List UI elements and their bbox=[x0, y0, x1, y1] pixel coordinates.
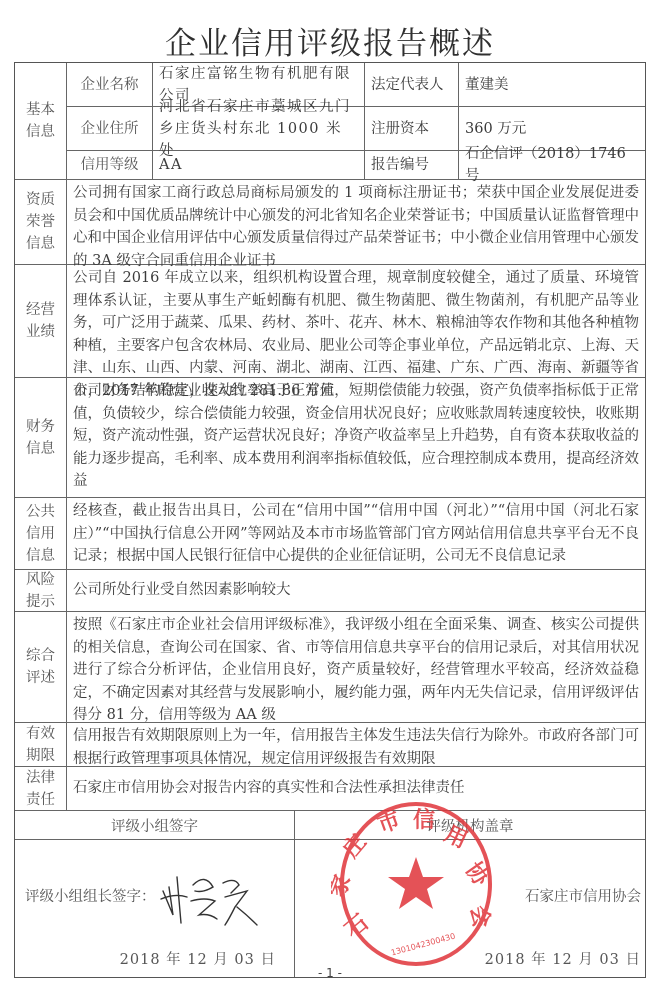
section-label: 综合评述 bbox=[15, 612, 67, 722]
basic-info-section: 基本信息 企业名称 石家庄富铭生物有机肥有限公司 法定代表人 董建美 企业住所 … bbox=[15, 63, 645, 180]
basic-info-grid: 企业名称 石家庄富铭生物有机肥有限公司 法定代表人 董建美 企业住所 河北省石家… bbox=[67, 63, 645, 179]
section-legal-liability: 法律责任 石家庄市信用协会对报告内容的真实性和合法性承担法律责任 bbox=[15, 767, 645, 811]
official-seal-icon: 石 家 庄 市 信 用 协 会 1301042300430 bbox=[331, 799, 501, 969]
legal-representative-value: 董建美 bbox=[459, 63, 645, 106]
section-label: 资质荣誉信息 bbox=[15, 180, 67, 264]
field-label: 法定代表人 bbox=[365, 63, 459, 106]
svg-text:家: 家 bbox=[331, 871, 356, 901]
credit-grade-value: AA bbox=[153, 151, 365, 179]
section-text: 信用报告有效期限原则上为一年，信用报告主体发生违法失信行为除外。市政府各部门可根… bbox=[67, 723, 645, 766]
section-label-basic-info: 基本信息 bbox=[15, 63, 67, 179]
label-line: 基本 bbox=[26, 102, 55, 118]
page-title: 企业信用评级报告概述 bbox=[0, 18, 660, 63]
svg-text:庄: 庄 bbox=[338, 829, 372, 863]
rating-team-signature: 评级小组签字 评级小组组长签字： 2018 年 12 月 03 日 bbox=[15, 811, 295, 977]
field-label: 企业名称 bbox=[67, 63, 153, 106]
section-text: 按照《石家庄市企业社会信用评级标准》，我评级小组在全面采集、调查、核实公司提供的… bbox=[67, 612, 645, 722]
signature-section: 评级小组签字 评级小组组长签字： 2018 年 12 月 03 日 评级机构盖章… bbox=[15, 811, 645, 977]
section-text: 公司所处行业受自然因素影响较大 bbox=[67, 570, 645, 611]
rating-team-signature-header: 评级小组签字 bbox=[15, 811, 294, 840]
section-label: 公共信用信息 bbox=[15, 498, 67, 569]
section-label: 财务信息 bbox=[15, 378, 67, 497]
section-text: 经核查，截止报告出具日，公司在“信用中国”“信用中国（河北）”“信用中国（河北石… bbox=[67, 498, 645, 569]
section-overall-assessment: 综合评述 按照《石家庄市企业社会信用评级标准》，我评级小组在全面采集、调查、核实… bbox=[15, 612, 645, 723]
field-label: 信用等级 bbox=[67, 151, 153, 179]
rating-agency-seal: 评级机构盖章 石家庄市信用协会 2018 年 12 月 03 日 石 家 庄 市… bbox=[295, 811, 645, 977]
section-validity-period: 有效期限 信用报告有效期限原则上为一年，信用报告主体发生违法失信行为除外。市政府… bbox=[15, 723, 645, 767]
label-line: 信息 bbox=[26, 124, 55, 140]
report-number-value: 石企信评（2018）1746 号 bbox=[459, 151, 645, 179]
section-label: 经营业绩 bbox=[15, 265, 67, 377]
svg-text:1301042300430: 1301042300430 bbox=[390, 932, 456, 958]
report-table: 基本信息 企业名称 石家庄富铭生物有机肥有限公司 法定代表人 董建美 企业住所 … bbox=[14, 62, 646, 978]
svg-text:信: 信 bbox=[413, 807, 435, 833]
section-text: 公司自 2016 年成立以来，组织机构设置合理，规章制度较健全，通过了质量、环境… bbox=[67, 265, 645, 377]
svg-text:会: 会 bbox=[465, 904, 494, 930]
field-label: 注册资本 bbox=[365, 107, 459, 150]
section-business-performance: 经营业绩 公司自 2016 年成立以来，组织机构设置合理，规章制度较健全，通过了… bbox=[15, 265, 645, 378]
section-public-credit-info: 公共信用信息 经核查，截止报告出具日，公司在“信用中国”“信用中国（河北）”“信… bbox=[15, 498, 645, 570]
field-label: 报告编号 bbox=[365, 151, 459, 179]
section-qualifications: 资质荣誉信息 公司拥有国家工商行政总局商标局颁发的 1 项商标注册证书；荣获中国… bbox=[15, 180, 645, 265]
section-financial-info: 财务信息 公司财务结构稳定，速动比率高于正常值，短期偿债能力较强，资产负债率指标… bbox=[15, 378, 645, 498]
page-number: - 1 - bbox=[0, 966, 660, 980]
basic-row-credit-grade: 信用等级 AA 报告编号 石企信评（2018）1746 号 bbox=[67, 151, 645, 179]
agency-name: 石家庄市信用协会 bbox=[525, 885, 641, 906]
section-label: 有效期限 bbox=[15, 723, 67, 766]
svg-text:市: 市 bbox=[375, 808, 404, 839]
section-label: 风险提示 bbox=[15, 570, 67, 611]
address-value: 河北省石家庄市藁城区九门乡庄货头村东北 1000 米处 bbox=[153, 107, 365, 150]
section-label: 法律责任 bbox=[15, 767, 67, 810]
field-label: 企业住所 bbox=[67, 107, 153, 150]
section-text: 公司拥有国家工商行政总局商标局颁发的 1 项商标注册证书；荣获中国企业发展促进委… bbox=[67, 180, 645, 264]
team-leader-signature-label: 评级小组组长签字： bbox=[25, 885, 156, 906]
section-text: 公司财务结构稳定，速动比率高于正常值，短期偿债能力较强，资产负债率指标低于正常值… bbox=[67, 378, 645, 497]
handwritten-signature-icon bbox=[155, 863, 265, 933]
section-risk-warning: 风险提示 公司所处行业受自然因素影响较大 bbox=[15, 570, 645, 612]
